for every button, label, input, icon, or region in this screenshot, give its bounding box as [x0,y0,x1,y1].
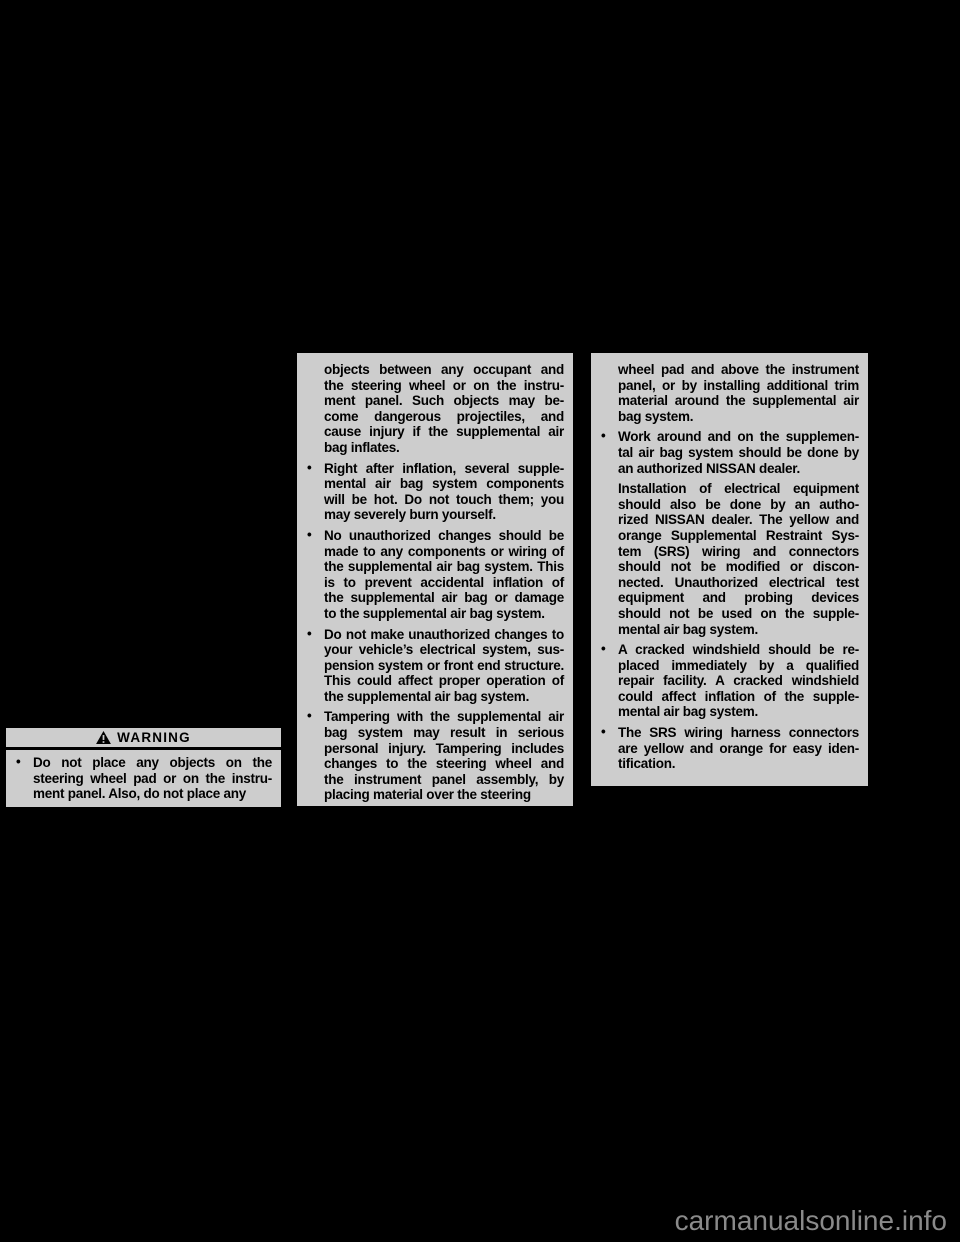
bullet-marker: • [16,754,21,769]
right-column: wheel pad and above the instrumentpanel,… [591,353,868,786]
block-text: Tampering with the supplemental airbag s… [324,709,564,803]
bullet-marker: • [307,527,312,542]
watermark-text: carmanualsonline.info [675,1205,947,1237]
block-text: No unauthorized changes should bemade to… [324,528,564,622]
text-block: • Tampering with the supplemental airbag… [297,709,573,803]
warning-title: WARNING [117,730,191,745]
text-block: • The SRS wiring harness connectorsare y… [591,725,868,772]
bullet-marker: • [307,708,312,723]
text-block: • Do not make unauthorized changes toyou… [297,627,573,705]
right-column-body: wheel pad and above the instrumentpanel,… [591,353,868,772]
middle-column-body: objects between any occupant andthe stee… [297,353,573,803]
block-text: Do not place any objects on thesteering … [33,755,272,802]
block-text: A cracked windshield should be re-placed… [618,642,859,720]
bullet-marker: • [307,460,312,475]
bullet-marker: • [601,724,606,739]
text-block: • Work around and on the supplemen-tal a… [591,429,868,476]
warning-body: • Do not place any objects on thesteerin… [6,750,281,802]
text-block: • A cracked windshield should be re-plac… [591,642,868,720]
block-text: Right after inflation, several supple-me… [324,461,564,523]
block-text: Do not make unauthorized changes toyour … [324,627,564,705]
bullet-marker: • [601,428,606,443]
text-block: objects between any occupant andthe stee… [297,362,573,456]
block-text: wheel pad and above the instrumentpanel,… [618,362,859,424]
text-block: Installation of electrical equipmentshou… [591,481,868,637]
text-block: • No unauthorized changes should bemade … [297,528,573,622]
block-text: The SRS wiring harness connectorsare yel… [618,725,859,772]
block-text: Work around and on the supplemen-tal air… [618,429,859,476]
block-text: objects between any occupant andthe stee… [324,362,564,456]
middle-column: objects between any occupant andthe stee… [297,353,573,806]
warning-item: • Do not place any objects on thesteerin… [6,755,281,802]
text-block: • Right after inflation, several supple-… [297,461,573,523]
warning-icon [96,731,111,744]
bullet-marker: • [601,641,606,656]
block-text: Installation of electrical equipmentshou… [618,481,859,637]
text-block: wheel pad and above the instrumentpanel,… [591,362,868,424]
bullet-marker: • [307,626,312,641]
warning-header: WARNING [6,728,281,750]
warning-box: WARNING • Do not place any objects on th… [5,727,282,808]
